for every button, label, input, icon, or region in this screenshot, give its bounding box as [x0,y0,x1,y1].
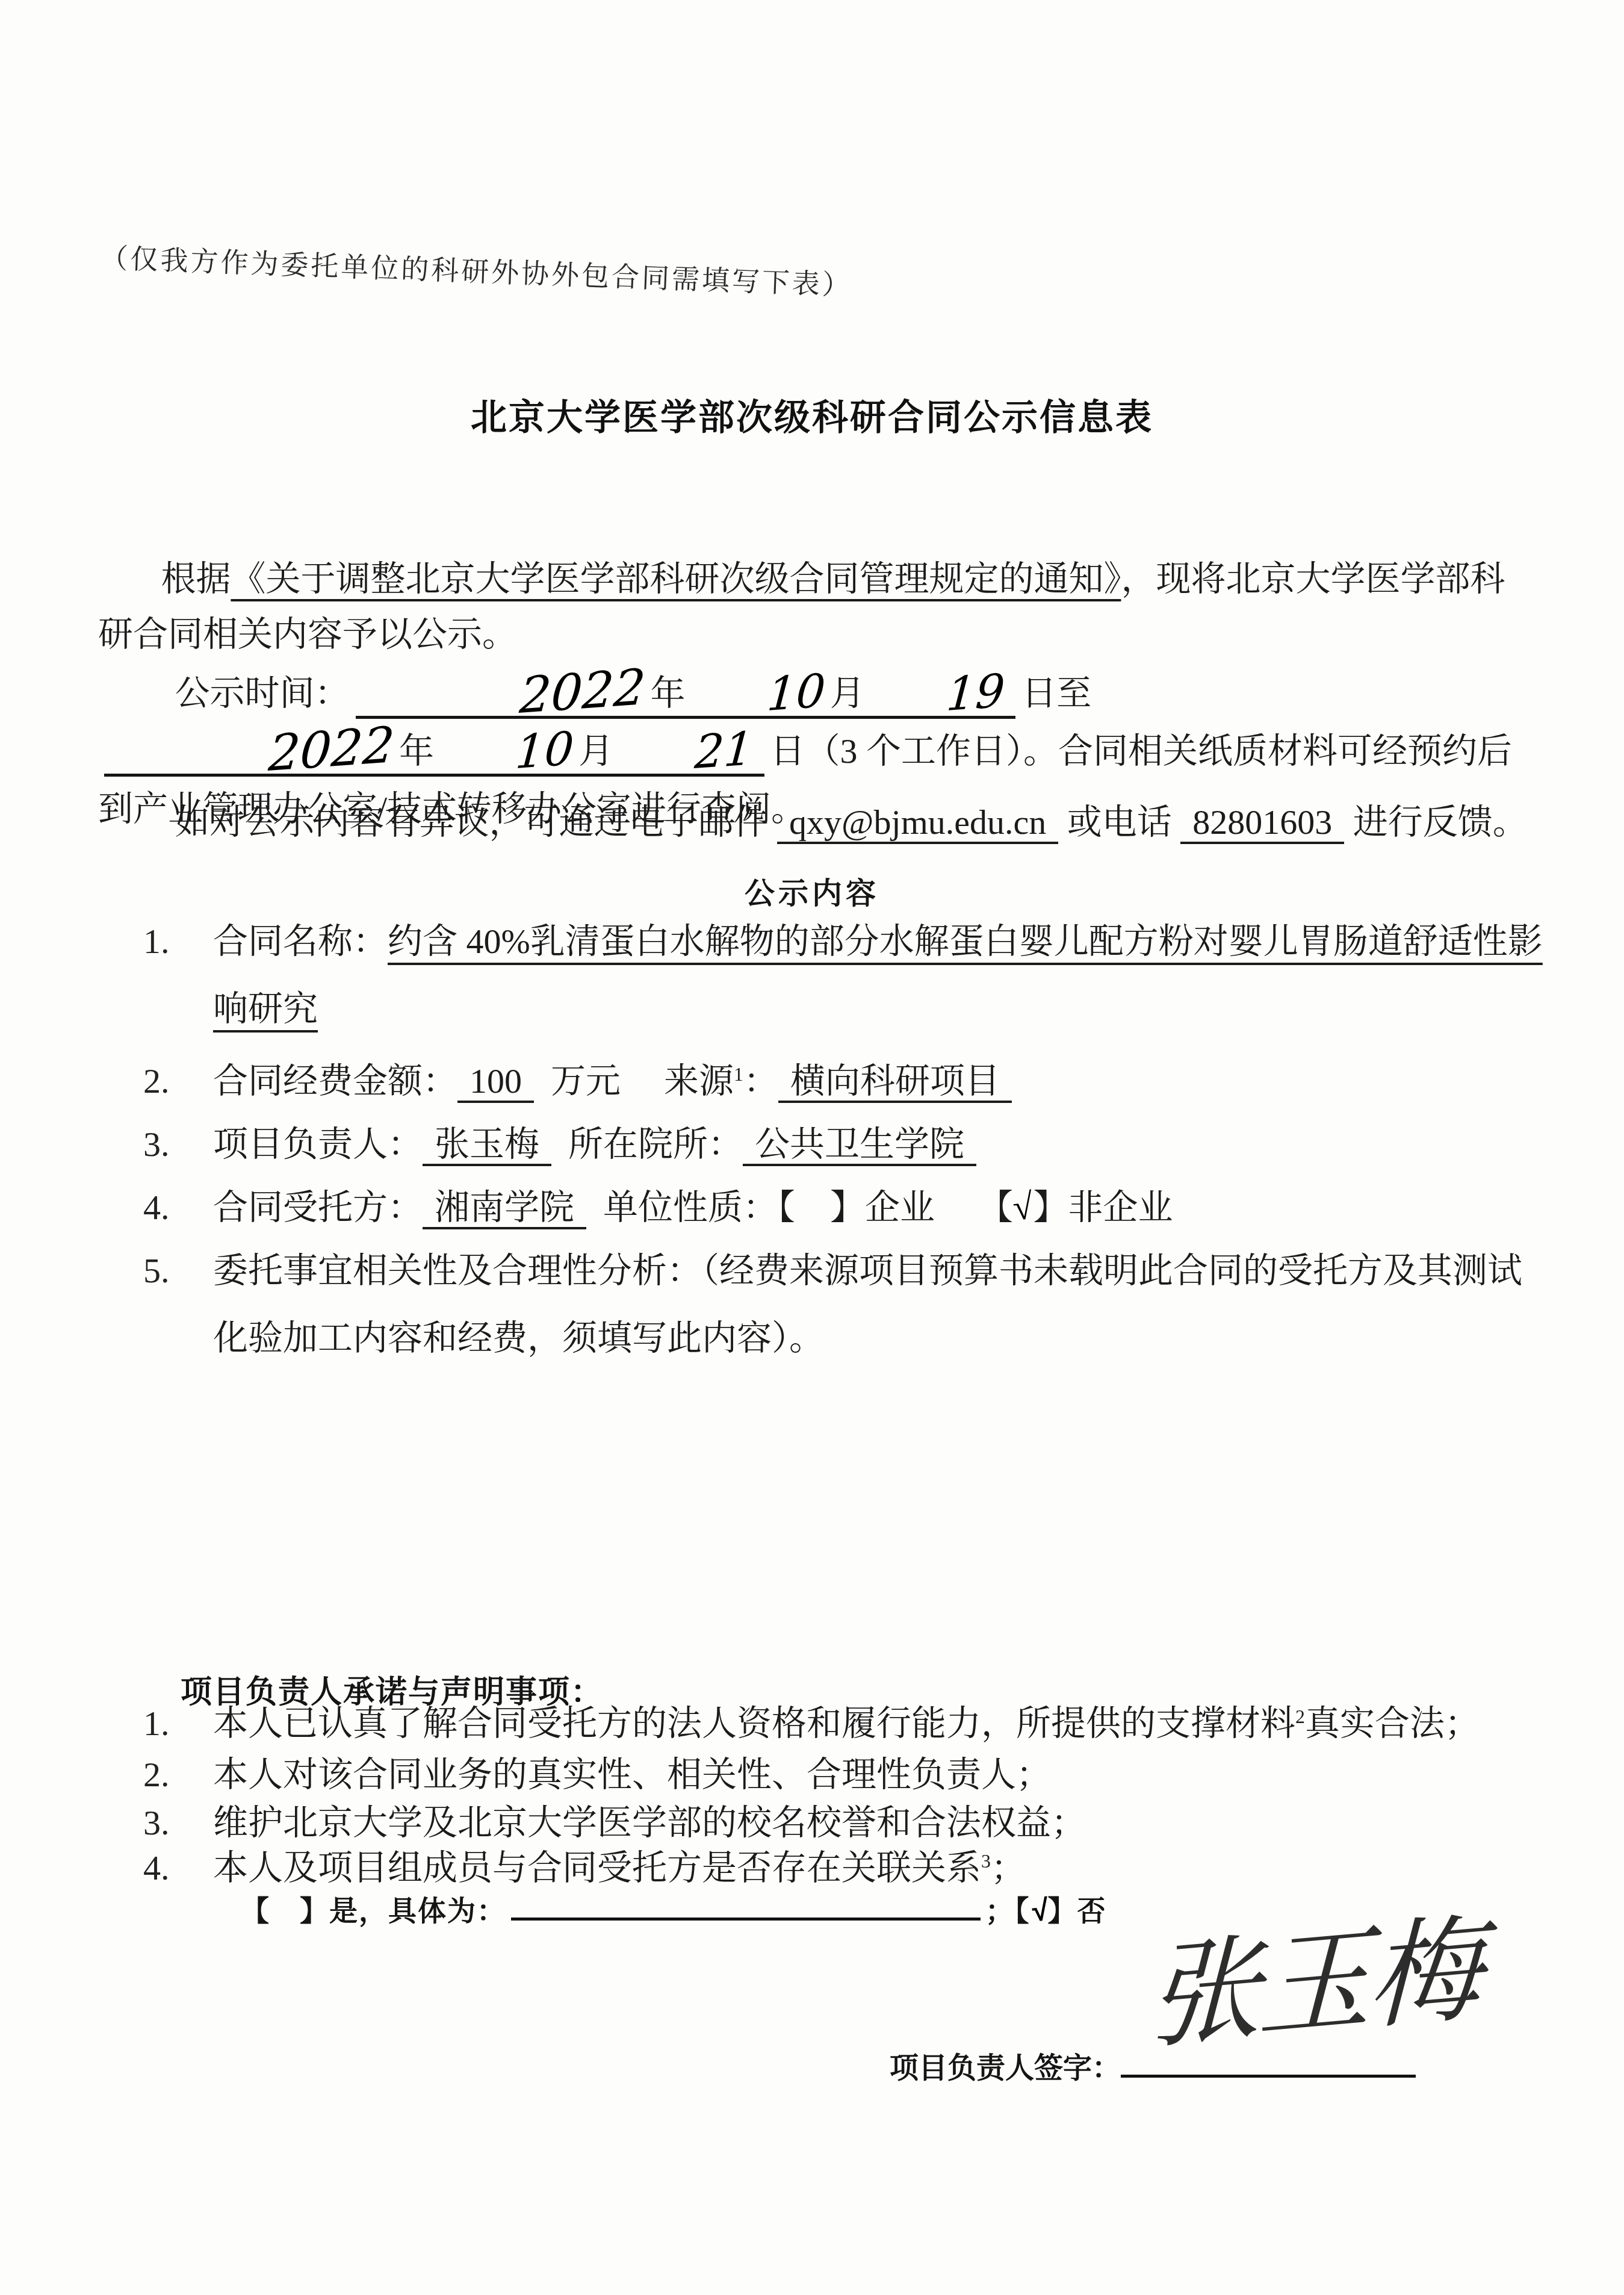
handwritten-start-day: 19 [869,671,1006,720]
handwritten-end-month: 10 [438,729,575,778]
handwritten-signature: 张玉梅 [1146,1911,1479,2055]
item-number: 3. [143,1111,213,1178]
page-title: 北京大学医学部次级科研合同公示信息表 [0,389,1624,441]
item-number: 4. [143,1837,213,1899]
item-number: 1. [143,908,213,1043]
contract-item-3: 3. 项目负责人：张玉梅所在院所：公共卫生学院 [143,1111,1546,1178]
support-material-superscript: 2 [1295,1706,1305,1727]
contract-item-1: 1. 合同名称：约含 40%乳清蛋白水解物的部分水解蛋白婴儿配方粉对婴儿胃肠道舒… [143,908,1546,1043]
feedback-tail: 进行反馈。 [1344,803,1528,842]
to-unit: 日至 [1021,674,1091,713]
source-value: 横向科研项目 [778,1061,1012,1103]
day-unit: 日 [770,731,805,771]
item-number: 2. [143,1048,213,1115]
enterprise-checkbox: 【 】 [778,1188,865,1227]
pi-label: 项目负责人： [213,1125,423,1164]
non-enterprise-label: 非企业 [1068,1188,1173,1227]
trustee-value: 湘南学院 [423,1188,586,1229]
relation-semicolon: ； [985,1895,1015,1927]
handwritten-end-day: 21 [617,729,754,778]
month-unit-2: 月 [574,731,618,771]
non-enterprise-checkbox: 【√】 [978,1188,1068,1227]
top-note: （仅我方作为委托单位的科研外协外包合同需填写下表） [100,236,1003,309]
source-label: 来源 [664,1061,734,1101]
relation-superscript: 3 [981,1851,991,1872]
funds-unit: 万元 [551,1061,621,1101]
handwritten-start-year: 2022 [442,666,646,723]
feedback-email: qxy@bjmu.edu.cn [777,803,1058,844]
contract-name-value: 约含 40%乳清蛋白水解物的部分水解蛋白婴儿配方粉对婴儿胃肠道舒适性影响研究 [213,922,1543,1028]
dept-label: 所在院所： [568,1125,743,1164]
declaration-1-tail: 真实合法； [1305,1704,1480,1743]
feedback-mid: 或电话 [1058,803,1180,842]
content-heading: 公示内容 [0,869,1624,913]
funds-amount: 100 [457,1061,534,1103]
analysis-text: 委托事宜相关性及合理性分析：（经费来源项目预算书未载明此合同的受托方及其测试化验… [213,1237,1546,1372]
nature-label: 单位性质： [603,1188,778,1227]
item-number: 5. [143,1237,213,1372]
no-label: 否 [1077,1895,1107,1927]
trustee-label: 合同受托方： [213,1188,423,1227]
yes-checkbox: 【 】 [241,1895,329,1927]
check-mark: √ [1009,1173,1037,1243]
enterprise-label: 企业 [865,1188,935,1227]
source-colon: ： [743,1061,778,1101]
intro-lead: 根据 [161,559,231,598]
handwritten-end-year: 2022 [191,724,395,781]
year-unit: 年 [645,674,690,713]
yes-label: 是，具体为： [329,1895,506,1927]
period-label: 公示时间： [175,674,350,713]
year-unit-2: 年 [394,731,439,771]
feedback-phone: 82801603 [1180,803,1344,844]
declaration-1-text: 本人已认真了解合同受托方的法人资格和履行能力，所提供的支撑材料 [213,1704,1295,1743]
contract-name-label: 合同名称： [213,922,388,961]
date-fill-start: 2022年10月19 [356,674,1016,719]
contract-item-2: 2. 合同经费金额：100万元来源1：横向科研项目 [143,1048,1546,1115]
dept-value: 公共卫生学院 [743,1125,976,1166]
month-unit: 月 [825,674,870,713]
notice-title: 《关于调整北京大学医学部科研次级合同管理规定的通知》 [231,559,1121,598]
feedback-paragraph: 如对公示内容有异议，可通过电子邮件 qxy@bjmu.edu.cn 或电话 82… [98,795,1540,850]
funds-label: 合同经费金额： [213,1061,457,1101]
no-checkbox: 【√】 [1015,1895,1077,1927]
signature-label: 项目负责人签字： [890,2052,1121,2084]
feedback-lead: 如对公示内容有异议，可通过电子邮件 [175,803,778,842]
pi-name: 张玉梅 [423,1125,551,1166]
handwritten-start-month: 10 [689,671,826,720]
scanned-form-page: （仅我方作为委托单位的科研外协外包合同需填写下表） 北京大学医学部次级科研合同公… [0,0,1624,2295]
relation-blank-line [511,1886,981,1921]
source-superscript: 1 [734,1064,743,1085]
date-fill-end: 2022年10月21 [104,731,764,777]
item-number: 4. [143,1174,213,1241]
intro-paragraph: 根据《关于调整北京大学医学部科研次级合同管理规定的通知》，现将北京大学医学部科研… [98,551,1540,662]
relation-line: 【 】是，具体为：；【√】否 [241,1881,1107,1941]
check-mark: √ [1027,1880,1050,1942]
contract-item-5: 5. 委托事宜相关性及合理性分析：（经费来源项目预算书未载明此合同的受托方及其测… [143,1237,1546,1372]
contract-item-4: 4. 合同受托方：湘南学院单位性质：【 】企业【√】非企业 [143,1174,1546,1241]
